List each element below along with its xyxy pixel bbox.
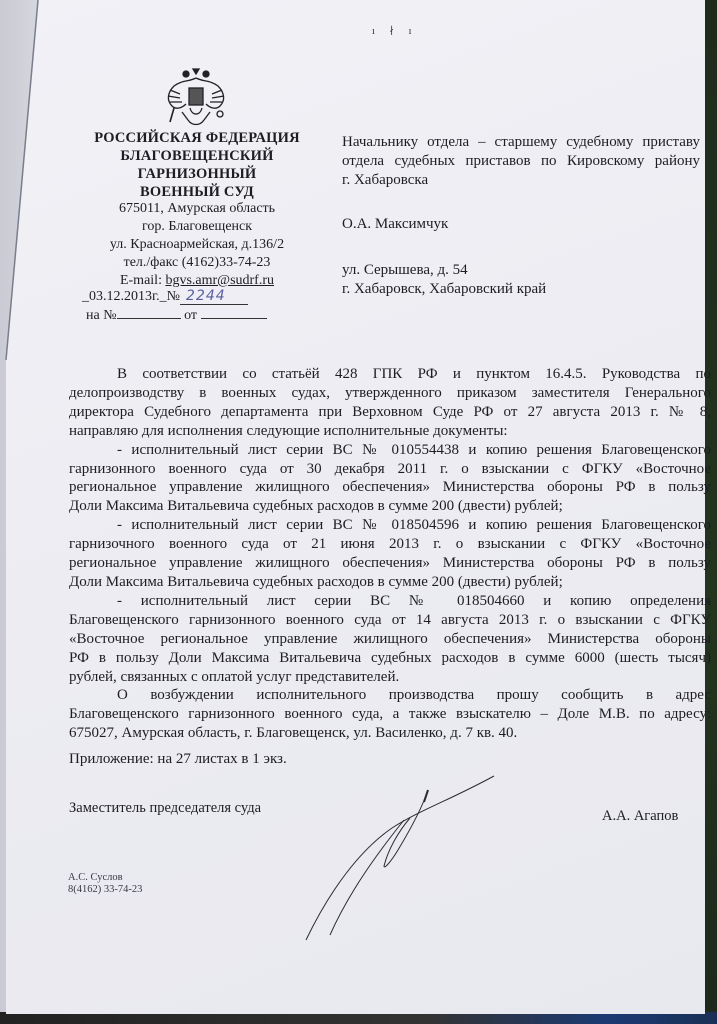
body-line: О возбуждении исполнительного производст… — [69, 686, 711, 705]
body-line: Благовещенского гарнизонного военного су… — [69, 705, 711, 724]
body-line: Доли Максима Витальевича судебных расход… — [69, 497, 711, 516]
addressee-line: г. Хабаровска — [342, 171, 700, 190]
reference-label: на № — [86, 308, 117, 323]
body-line: В соответствии со статьёй 428 ГПК РФ и п… — [69, 365, 711, 384]
addressee-address-line: г. Хабаровск, Хабаровский край — [342, 280, 700, 299]
body-line: Благовещенского гарнизонного военного су… — [69, 611, 711, 630]
body-line: - исполнительный лист серии ВС № 0185046… — [69, 592, 711, 611]
executor-info: А.С. Суслов 8(4162) 33-74-23 — [68, 872, 142, 896]
court-name-line: ВОЕННЫЙ СУД — [80, 183, 314, 201]
body-line: гарнизочного военного суда от 21 июня 20… — [69, 535, 711, 554]
reference-date-blank — [201, 306, 267, 319]
court-name: РОССИЙСКАЯ ФЕДЕРАЦИЯ БЛАГОВЕЩЕНСКИЙ ГАРН… — [80, 129, 314, 201]
body-line: РФ в пользу Доли Максима Витальевича суд… — [69, 649, 711, 668]
signatory-name: А.А. Агапов — [602, 808, 678, 825]
addressee-address-line: ул. Серышева, д. 54 — [342, 261, 700, 280]
body-line: делопроизводству в военных судах, утверж… — [69, 384, 711, 403]
reference-from-label: от — [184, 308, 197, 323]
court-name-line: ГАРНИЗОННЫЙ — [80, 165, 314, 183]
reference-number-blank — [117, 306, 181, 319]
letter-body: В соответствии со статьёй 428 ГПК РФ и п… — [69, 365, 711, 743]
email-label: E-mail: — [120, 273, 166, 288]
body-line: директора Судебного департамента при Вер… — [69, 403, 711, 422]
body-line: «Восточное региональное управление жилищ… — [69, 630, 711, 649]
outgoing-date: _03.12.2013г._№ — [82, 289, 180, 304]
body-line: - исполнительный лист серии ВС № 0105544… — [69, 441, 711, 460]
executor-name: А.С. Суслов — [68, 872, 142, 884]
body-line: 675027, Амурская область, г. Благовещенс… — [69, 724, 711, 743]
address-line: 675011, Амурская область — [80, 200, 314, 218]
outgoing-number: _03.12.2013г._№2244 — [82, 288, 248, 305]
handwritten-number: 2244 — [180, 288, 248, 305]
reference-number: на № от — [86, 306, 267, 324]
body-line: региональное управление жилищного обеспе… — [69, 478, 711, 497]
body-line: Доли Максима Витальевича судебных расход… — [69, 573, 711, 592]
court-address: 675011, Амурская область гор. Благовещен… — [80, 200, 314, 290]
email-link[interactable]: bgvs.amr@sudrf.ru — [165, 273, 274, 288]
attachment-note: Приложение: на 27 листах в 1 экз. — [69, 751, 287, 768]
body-line: гарнизонного военного суда от 30 декабря… — [69, 460, 711, 479]
margin-marks: ı ∤ ı — [372, 26, 417, 37]
court-name-line: РОССИЙСКАЯ ФЕДЕРАЦИЯ — [80, 129, 314, 147]
signatory-position: Заместитель председателя суда — [69, 800, 261, 817]
body-line: рублей, связанных с оплатой услуг предст… — [69, 668, 711, 687]
addressee-name: О.А. Максимчук — [342, 215, 700, 234]
address-line: гор. Благовещенск — [80, 218, 314, 236]
body-line: направляю для исполнения следующие испол… — [69, 422, 711, 441]
body-line: региональное управление жилищного обеспе… — [69, 554, 711, 573]
addressee-line: отдела судебных приставов по Кировскому … — [342, 152, 700, 171]
court-name-line: БЛАГОВЕЩЕНСКИЙ — [80, 147, 314, 165]
addressee-line: Начальнику отдела – старшему судебному п… — [342, 133, 700, 152]
addressee-block: Начальнику отдела – старшему судебному п… — [342, 133, 700, 299]
body-line: - исполнительный лист серии ВС № 0185045… — [69, 516, 711, 535]
address-line: ул. Красноармейская, д.136/2 — [80, 236, 314, 254]
coat-of-arms-icon — [160, 64, 232, 130]
executor-phone: 8(4162) 33-74-23 — [68, 884, 142, 896]
address-line: тел./факс (4162)33-74-23 — [80, 254, 314, 272]
